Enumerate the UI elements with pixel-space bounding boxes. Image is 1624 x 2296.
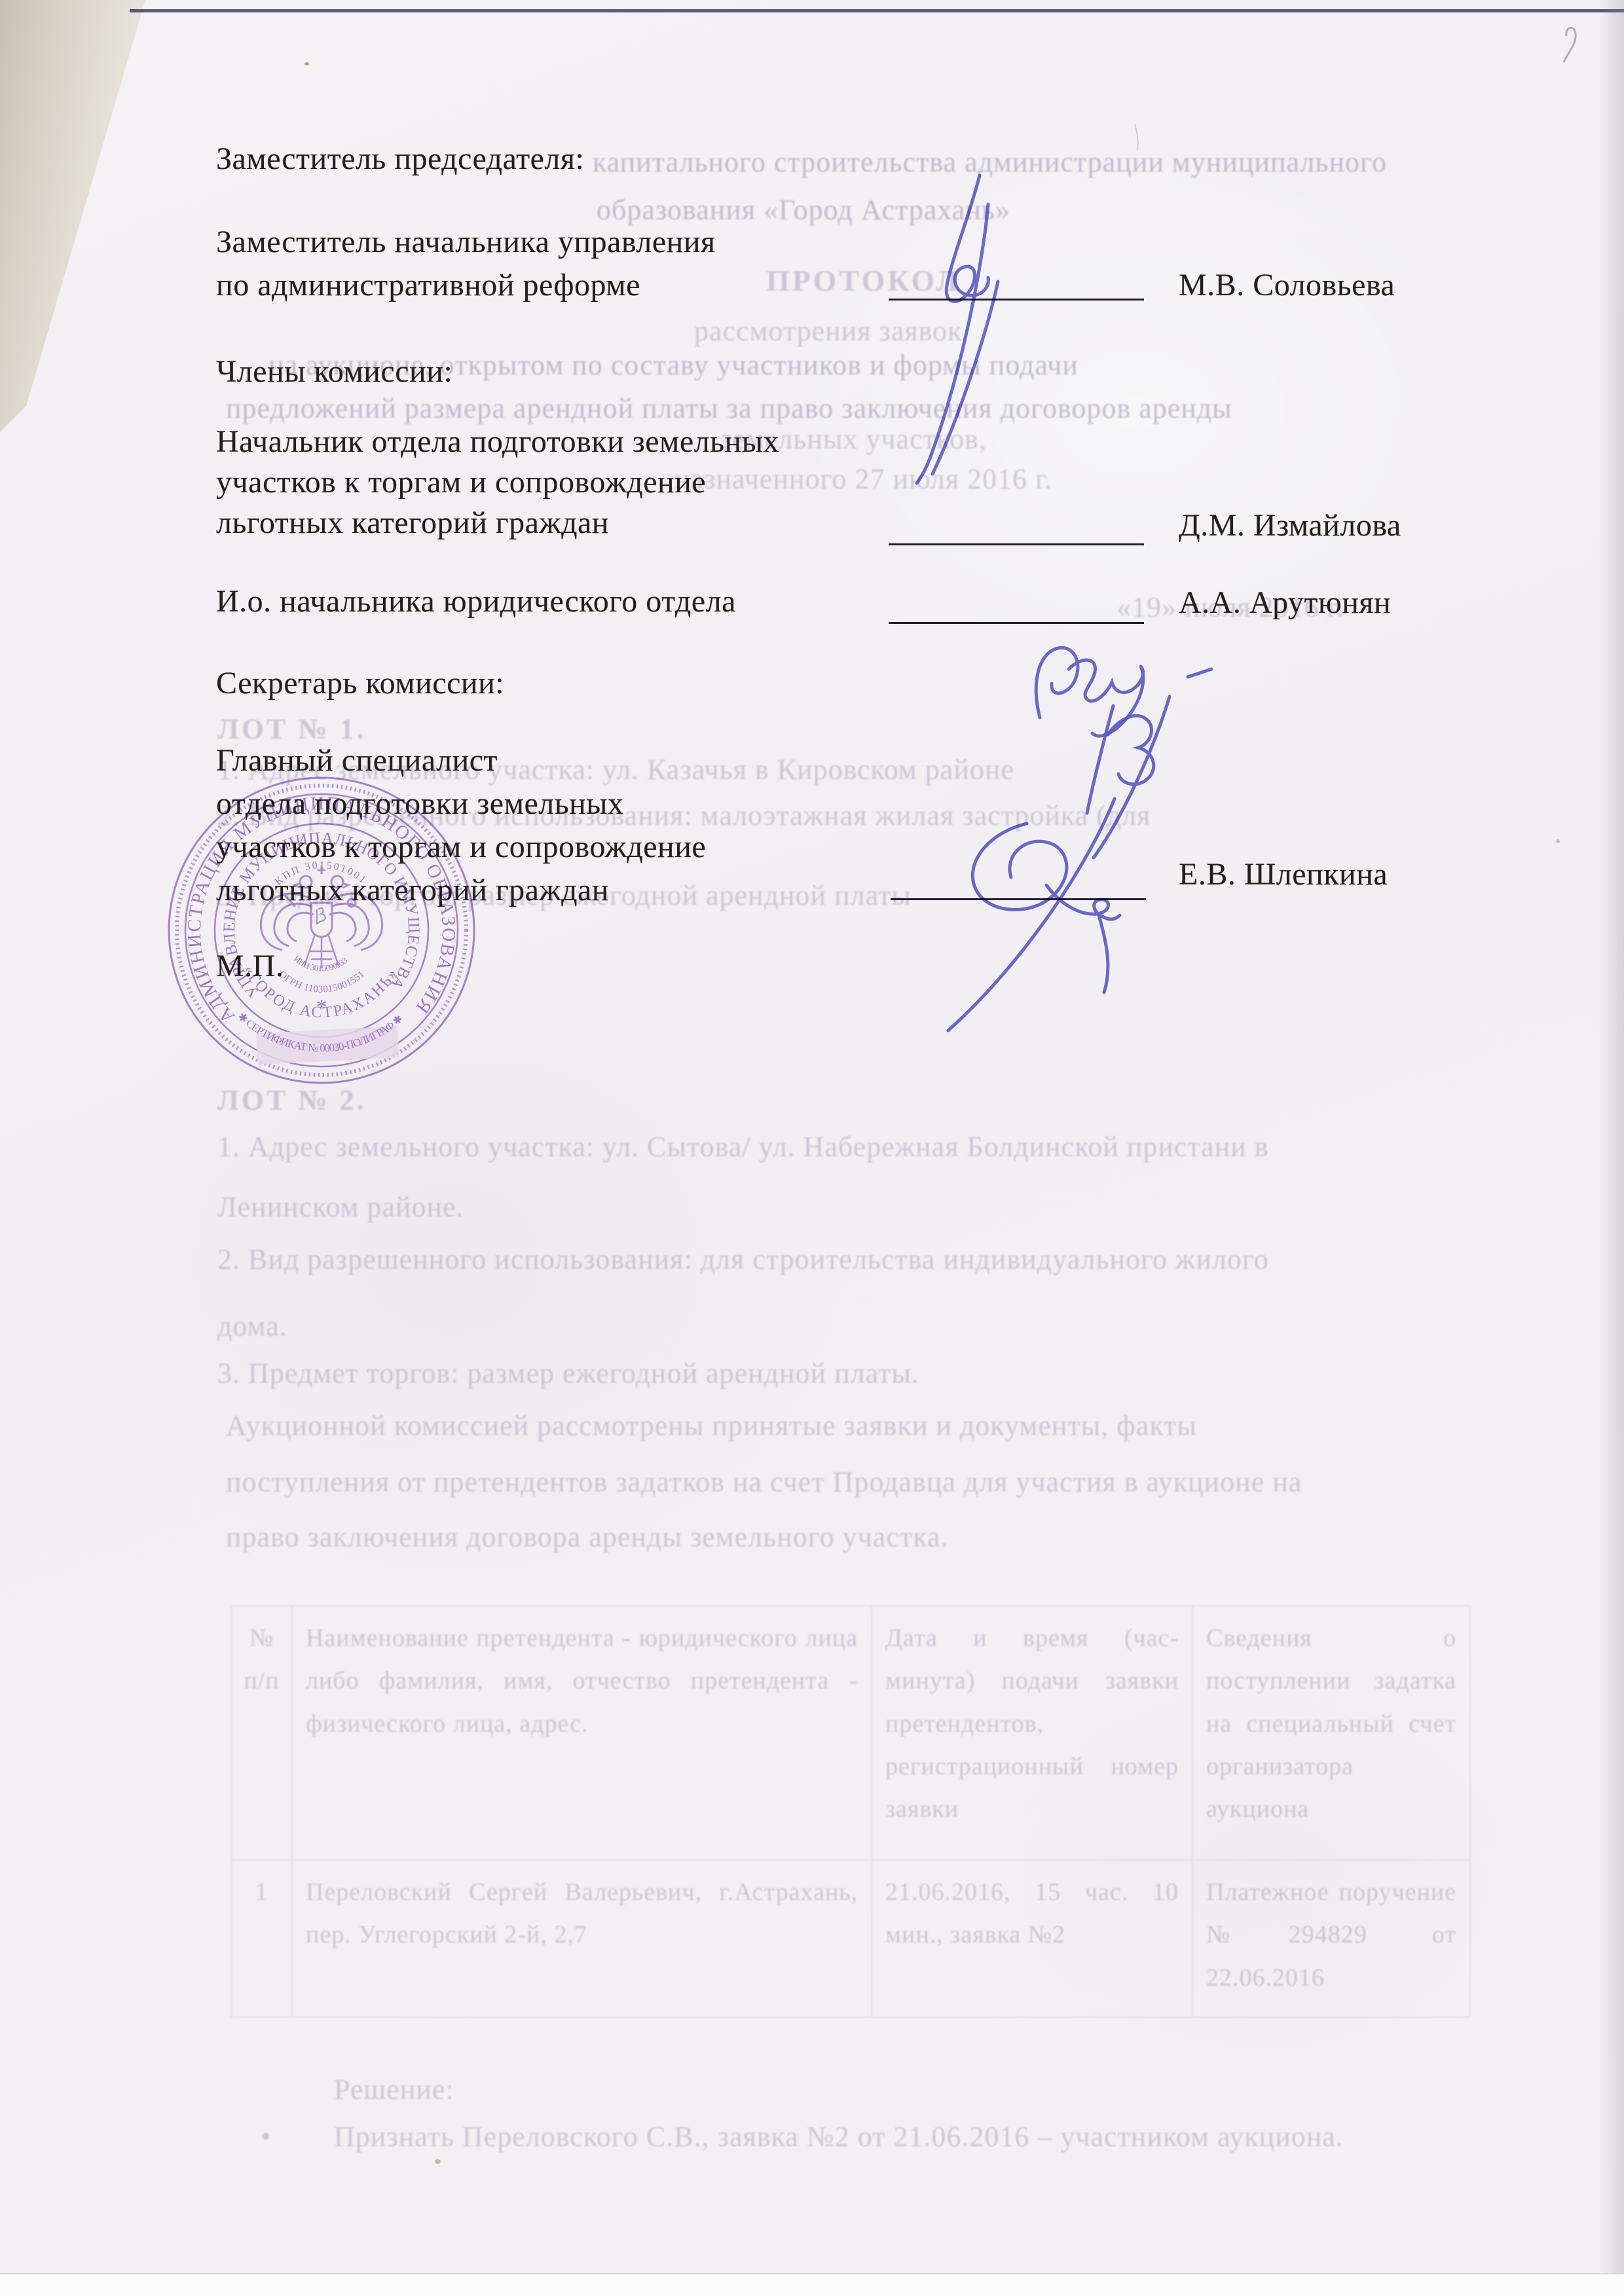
olive-speck-artifact — [435, 2159, 441, 2164]
bleed-para-line2: поступления от претендентов задатков на … — [226, 1465, 1302, 1499]
bleed-decision-text: Признать Переловского С.В., заявка №2 от… — [334, 2120, 1344, 2153]
bleed-lot2-line3: 2. Вид разрешенного использования: для с… — [217, 1243, 1269, 1276]
bleed-lot2-line2: Ленинском районе. — [217, 1190, 464, 1224]
bleed-table-header-name: Наименование претендента - юридического … — [293, 1607, 872, 1861]
member1-title-line2: участков к торгам и сопровождение — [216, 464, 706, 500]
bleed-intro-line4: назначенного 27 июля 2016 г. — [674, 462, 1052, 496]
page-edge-shadow — [1599, 0, 1624, 2296]
stamp-star: * — [316, 995, 327, 1019]
bleed-para-line3: право заключения договора аренды земельн… — [226, 1520, 948, 1554]
stamp-kpp: КПП 301501001 — [273, 860, 368, 887]
deputy-chair-title-line2: по административной реформе — [216, 267, 640, 303]
deputy-chair-name: М.В. Соловьева — [1179, 267, 1395, 303]
svg-text:КПП 301501001: КПП 301501001 — [273, 860, 368, 887]
bleed-table-row-payment: Платежное поручение №294829 от 22.06.201… — [1193, 1861, 1469, 2016]
secretary-name: Е.В. Шлепкина — [1179, 856, 1388, 892]
members-heading: Члены комиссии: — [216, 354, 452, 390]
pink-speck-artifact — [1556, 839, 1560, 843]
signature-line-3 — [889, 622, 1144, 624]
bleed-header-line2: образования «Город Астрахань» — [597, 193, 1010, 227]
signature-line-1 — [889, 299, 1144, 301]
bleed-lot1-heading: ЛОТ № 1. — [217, 712, 367, 746]
member2-name: А.А. Арутюнян — [1179, 585, 1391, 621]
deputy-chair-title-line1: Заместитель начальника управления — [216, 224, 716, 260]
bleed-para-line1: Аукционной комиссией рассмотрены приняты… — [226, 1409, 1197, 1442]
bleed-table-row-name: Переловский Сергей Валерьевич, г.Астраха… — [293, 1861, 872, 2016]
red-speck-artifact — [304, 62, 309, 65]
bleed-table-header-payment: Сведения о поступлении задатка на специа… — [1193, 1607, 1469, 1861]
bleed-table: № п/п Наименование претендента - юридиче… — [231, 1605, 1471, 2018]
secretary-heading: Секретарь комиссии: — [216, 665, 504, 701]
bleed-table-header-datetime: Дата и время (час-минута) подачи заявки … — [872, 1607, 1193, 1861]
bleed-lot2-line4: дома. — [217, 1309, 287, 1343]
bleed-protocol-subtitle: рассмотрения заявок — [694, 314, 962, 348]
official-round-stamp: АДМИНИСТРАЦИЯ МУНИЦИПАЛЬНОГО ОБРАЗОВАНИЯ… — [162, 771, 481, 1089]
bleed-decision-heading: Решение: — [334, 2073, 454, 2106]
signature-line-2 — [889, 543, 1144, 545]
bleed-header-line1: капитального строительства администрации… — [593, 145, 1387, 179]
deputy-chair-heading: Заместитель председателя: — [216, 141, 584, 177]
bleed-intro-line2: предложений размера арендной платы за пр… — [226, 392, 1232, 425]
bleed-table-row-datetime: 21.06.2016, 15 час. 10 мин., заявка №2 — [872, 1861, 1193, 2016]
member2-title: И.о. начальника юридического отдела — [216, 583, 736, 619]
scan-edge-line — [130, 9, 1624, 12]
svg-text:ИНН 3015090933: ИНН 3015090933 — [292, 954, 350, 974]
member1-title-line1: Начальник отдела подготовки земельных — [216, 424, 779, 460]
scan-bottom-edge — [0, 2273, 1624, 2296]
stamp-inn: ИНН 3015090933 — [292, 954, 350, 974]
bleed-protocol-title: ПРОТОКОЛ — [766, 263, 961, 298]
member1-name: Д.М. Измайлова — [1179, 507, 1401, 543]
member1-title-line3: льготных категорий граждан — [216, 505, 609, 541]
bleed-lot2-line5: 3. Предмет торгов: размер ежегодной арен… — [217, 1357, 919, 1390]
bleed-decision-bullet: • — [261, 2120, 271, 2153]
signature-line-4 — [891, 898, 1146, 900]
bleed-lot2-line1: 1. Адрес земельного участка: ул. Сытова/… — [217, 1130, 1269, 1163]
bleed-table-row-num: 1 — [232, 1861, 293, 2016]
bleed-table-header-num: № п/п — [232, 1607, 293, 1861]
